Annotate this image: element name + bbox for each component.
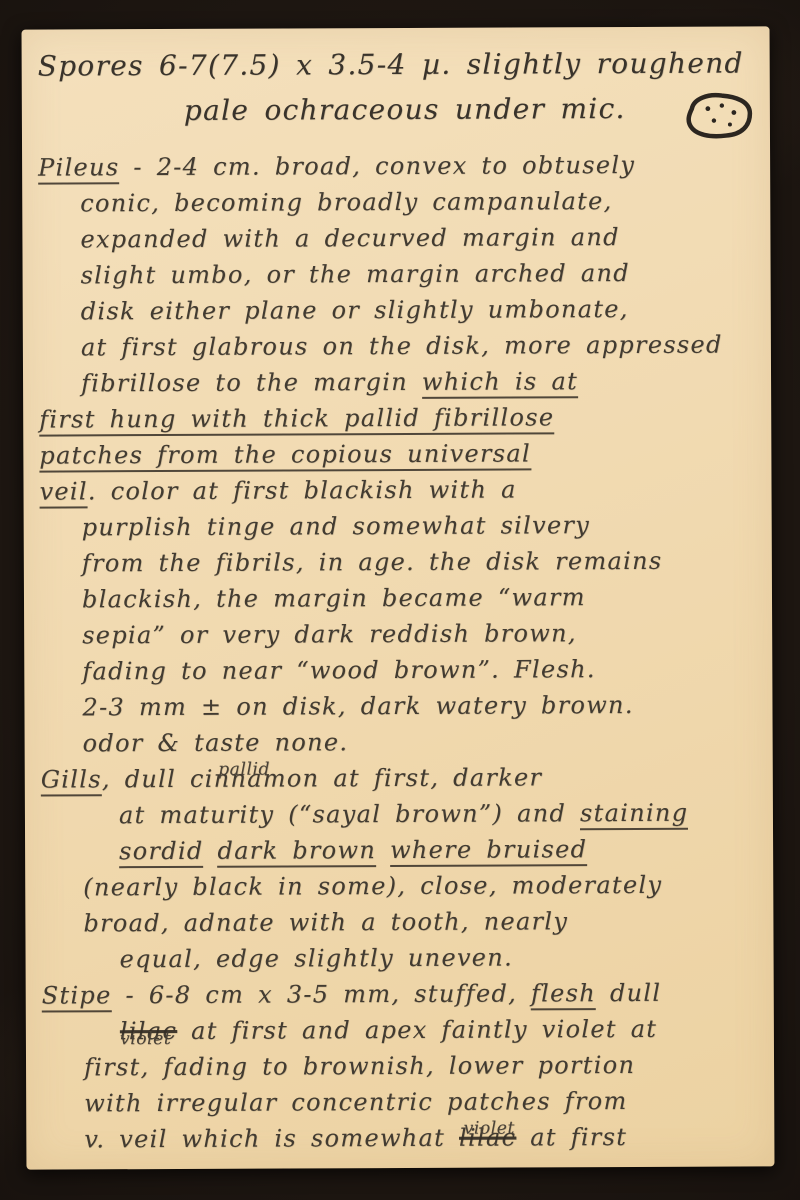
- underlined-text: Pileus: [38, 153, 119, 184]
- underlined-text: staining: [580, 799, 688, 830]
- text-segment: cinnamon at first, darkerpallid: [190, 763, 542, 793]
- underlined-text: dark brown: [217, 836, 376, 868]
- handwritten-line: at maturity (“sayal brown”) and staining: [37, 794, 763, 833]
- underlined-text: flesh: [531, 979, 596, 1010]
- text-segment: fibrillose to the margin: [81, 368, 422, 397]
- text-segment: at first and apex faintly violet at: [177, 1015, 657, 1045]
- underlined-text: sordid: [119, 837, 204, 868]
- underlined-text: Stipe: [42, 981, 112, 1012]
- struck-text: lilacviolet: [459, 1123, 516, 1151]
- handwritten-line: Pileus - 2-4 cm. broad, convex to obtuse…: [34, 146, 760, 185]
- handwriting-lines: Spores 6-7(7.5) x 3.5-4 µ. slightly roug…: [34, 40, 765, 1157]
- handwritten-line: veil. color at first blackish with a: [35, 470, 761, 509]
- text-segment: pale ochraceous under mic.: [184, 92, 626, 127]
- handwritten-line: first hung with thick pallid fibrillose: [35, 398, 761, 437]
- underlined-text: which is at: [422, 367, 578, 399]
- text-segment: fading to near “wood brown”. Flesh.: [82, 655, 596, 685]
- handwritten-line: blackish, the margin became “warm: [36, 578, 762, 617]
- handwritten-line: equal, edge slightly uneven.: [37, 938, 763, 977]
- handwritten-line: fading to near “wood brown”. Flesh.: [36, 650, 762, 689]
- text-segment: sepia” or very dark reddish brown,: [82, 619, 577, 649]
- underlined-text: first hung with thick pallid fibrillose: [39, 403, 554, 436]
- handwritten-line: at first glabrous on the disk, more appr…: [35, 326, 761, 365]
- handwritten-line: expanded with a decurved margin and: [34, 218, 760, 257]
- handwritten-line: with irregular concentric patches from: [38, 1082, 764, 1121]
- text-segment: odor & taste none.: [83, 728, 349, 757]
- handwritten-line: sepia” or very dark reddish brown,: [36, 614, 762, 653]
- handwritten-line: sordid dark brown where bruised: [37, 830, 763, 869]
- text-segment: blackish, the margin became “warm: [82, 583, 586, 613]
- text-segment: conic, becoming broadly campanulate,: [80, 187, 612, 217]
- handwritten-line: slight umbo, or the margin arched and: [35, 254, 761, 293]
- underlined-text: where bruised: [390, 835, 587, 867]
- text-segment: disk either plane or slightly umbonate,: [81, 295, 629, 325]
- handwritten-line: broad, adnate with a tooth, nearly: [37, 902, 763, 941]
- handwritten-line: 2-3 mm ± on disk, dark watery brown.: [36, 686, 762, 725]
- text-segment: (nearly black in some), close, moderatel…: [83, 871, 662, 902]
- text-segment: - 6-8 cm x 3-5 mm, stuffed,: [111, 979, 531, 1009]
- text-segment: broad, adnate with a tooth, nearly: [83, 907, 568, 937]
- index-card: Spores 6-7(7.5) x 3.5-4 µ. slightly roug…: [22, 26, 775, 1169]
- text-segment: - 2-4 cm. broad, convex to obtusely: [119, 151, 635, 181]
- text-segment: [376, 836, 390, 864]
- text-segment: at first glabrous on the disk, more appr…: [81, 331, 723, 362]
- text-segment: at first: [516, 1123, 627, 1151]
- text-segment: expanded with a decurved margin and: [80, 223, 619, 253]
- text-segment: v. veil which is somewhat: [84, 1124, 459, 1154]
- handwritten-line: Stipe - 6-8 cm x 3-5 mm, stuffed, flesh …: [38, 974, 764, 1013]
- inserted-word-above: pallid: [218, 751, 270, 787]
- text-segment: dull: [596, 979, 661, 1007]
- text-segment: , dull: [102, 765, 190, 793]
- spore-sketch-icon: [678, 88, 756, 142]
- inserted-word-below: violet: [120, 1021, 172, 1057]
- handwritten-line: purplish tinge and somewhat silvery: [36, 506, 762, 545]
- underlined-text: veil: [39, 477, 87, 508]
- inserted-word-above: violet: [463, 1110, 515, 1146]
- text-segment: 2-3 mm ± on disk, dark watery brown.: [82, 691, 633, 721]
- handwritten-line: Spores 6-7(7.5) x 3.5-4 µ. slightly roug…: [34, 40, 760, 88]
- text-segment: . color at first blackish with a: [88, 475, 517, 505]
- struck-text: lilacviolet: [120, 1017, 177, 1045]
- text-segment: purplish tinge and somewhat silvery: [82, 511, 591, 541]
- underlined-text: Gills: [41, 765, 102, 796]
- handwritten-line: patches from the copious universal: [35, 434, 761, 473]
- handwritten-line: lilacviolet at first and apex faintly vi…: [38, 1010, 764, 1049]
- text-segment: from the fibrils, in age. the disk remai…: [82, 547, 663, 578]
- handwritten-line: pale ochraceous under mic.: [34, 85, 760, 133]
- handwritten-line: fibrillose to the margin which is at: [35, 362, 761, 401]
- text-segment: equal, edge slightly uneven.: [120, 944, 514, 974]
- text-segment: at maturity (“sayal brown”) and: [119, 799, 580, 829]
- handwritten-line: conic, becoming broadly campanulate,: [34, 182, 760, 221]
- text-segment: slight umbo, or the margin arched and: [81, 259, 630, 289]
- text-segment: with irregular concentric patches from: [84, 1087, 627, 1117]
- handwritten-line: (nearly black in some), close, moderatel…: [37, 866, 763, 905]
- text-segment: [203, 837, 217, 865]
- handwritten-line: odor & taste none.: [37, 722, 763, 761]
- handwritten-line: Gills, dull cinnamon at first, darkerpal…: [37, 758, 763, 797]
- underlined-text: patches from the copious universal: [39, 439, 531, 472]
- handwritten-line: disk either plane or slightly umbonate,: [35, 290, 761, 329]
- handwritten-line: v. veil which is somewhat lilacviolet at…: [38, 1118, 764, 1157]
- handwritten-line: from the fibrils, in age. the disk remai…: [36, 542, 762, 581]
- text-segment: Spores 6-7(7.5) x 3.5-4 µ. slightly roug…: [38, 46, 744, 82]
